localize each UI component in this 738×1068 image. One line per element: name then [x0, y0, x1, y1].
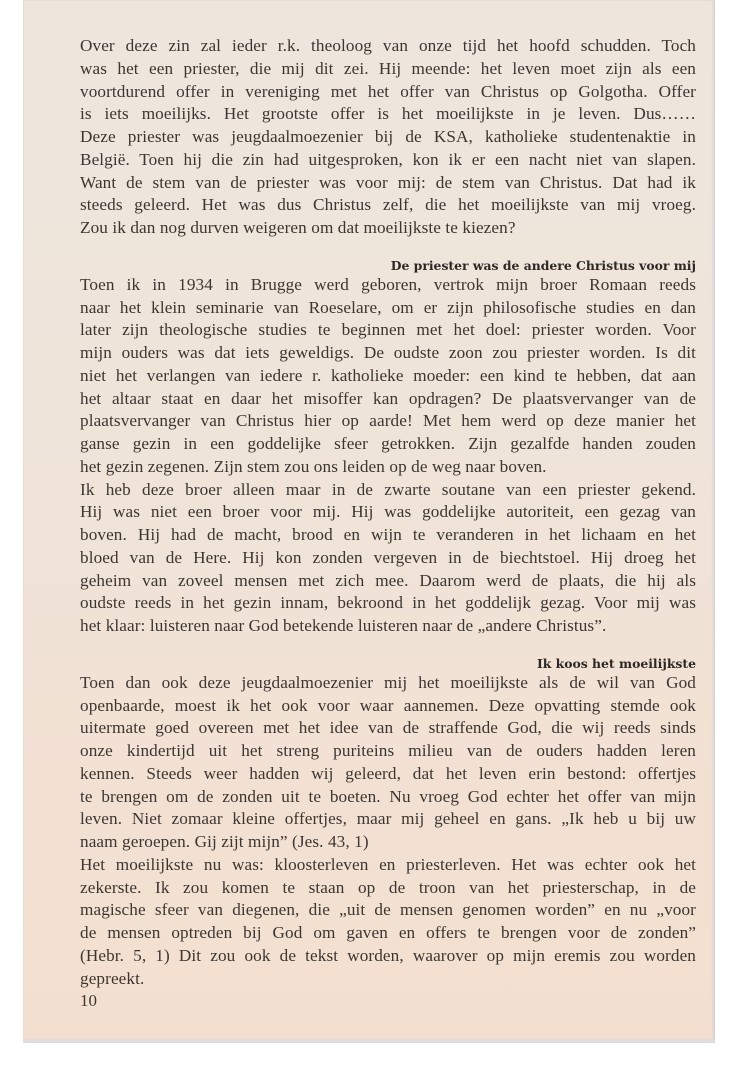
text-line: Toen ik in 1934 in Brugge werd geboren, …	[80, 275, 696, 295]
text-line: plaatsvervanger van Christus hier op aar…	[80, 411, 696, 431]
text-line: zekerste. Ik zou komen te staan op de tr…	[80, 878, 696, 898]
text-line: ganse gezin in een goddelijke sfeer getr…	[80, 434, 696, 454]
text-line: het altaar staat en daar het misoffer ka…	[80, 389, 696, 409]
text-line: boven. Hij had de macht, brood en wijn t…	[80, 525, 696, 545]
page-number: 10	[80, 991, 97, 1011]
text-line: Ik heb deze broer alleen maar in de zwar…	[80, 480, 696, 500]
text-line: het gezin zegenen. Zijn stem zou ons lei…	[80, 457, 696, 477]
text-line: kennen. Steeds weer hadden wij geleerd, …	[80, 764, 696, 784]
text-line: is iets moeilijks. Het grootste offer is…	[80, 104, 696, 124]
text-line: magische sfeer van diegenen, die „uit de…	[80, 900, 696, 920]
text-line: de mensen optreden bij God om gaven en o…	[80, 923, 696, 943]
text-line: geheim van zoveel mensen met zich mee. D…	[80, 571, 696, 591]
text-line: niet het verlangen van iedere r. katholi…	[80, 366, 696, 386]
text-line: Deze priester was jeugdaalmoezenier bij …	[80, 127, 696, 147]
text-line: leven. Niet zomaar kleine offertjes, maa…	[80, 809, 696, 829]
section-heading: De priester was de andere Christus voor …	[391, 258, 696, 274]
text-line: onze kindertijd uit het streng puriteins…	[80, 741, 696, 761]
text-line: te brengen om de zonden uit te boeten. N…	[80, 787, 696, 807]
text-line: naar het klein seminarie van Roeselare, …	[80, 298, 696, 318]
page-edge	[23, 1040, 715, 1043]
text-line: Over deze zin zal ieder r.k. theoloog va…	[80, 36, 696, 56]
text-line: voortdurend offer in vereniging met het …	[80, 82, 696, 102]
text-line: Toen dan ook deze jeugdaalmoezenier mij …	[80, 673, 696, 693]
text-line: oudste reeds in het gezin innam, bekroon…	[80, 593, 696, 613]
text-line: (Hebr. 5, 1) Dit zou ook de tekst worden…	[80, 946, 696, 966]
text-line: openbaarde, moest ik het ook voor waar a…	[80, 696, 696, 716]
text-line: steeds geleerd. Het was dus Christus zel…	[80, 195, 696, 215]
text-line: het klaar: luisteren naar God betekende …	[80, 616, 696, 636]
section-heading: Ik koos het moeilijkste	[537, 656, 696, 672]
text-line: uitermate goed overeen met het idee van …	[80, 718, 696, 738]
text-line: was het een priester, die mij dit zei. H…	[80, 59, 696, 79]
text-line: Zou ik dan nog durven weigeren om dat mo…	[80, 218, 696, 238]
text-line: België. Toen hij die zin had uitgesproke…	[80, 150, 696, 170]
text-line: mijn ouders was dat iets geweldigs. De o…	[80, 343, 696, 363]
text-line: Het moeilijkste nu was: kloosterleven en…	[80, 855, 696, 875]
text-line: gepreekt.	[80, 969, 696, 989]
text-line: Want de stem van de priester was voor mi…	[80, 173, 696, 193]
text-line: Hij was niet een broer voor mij. Hij was…	[80, 502, 696, 522]
text-line: later zijn theologische studies te begin…	[80, 320, 696, 340]
text-line: naam geroepen. Gij zijt mijn” (Jes. 43, …	[80, 832, 696, 852]
text-line: bloed van de Here. Hij kon zonden vergev…	[80, 548, 696, 568]
